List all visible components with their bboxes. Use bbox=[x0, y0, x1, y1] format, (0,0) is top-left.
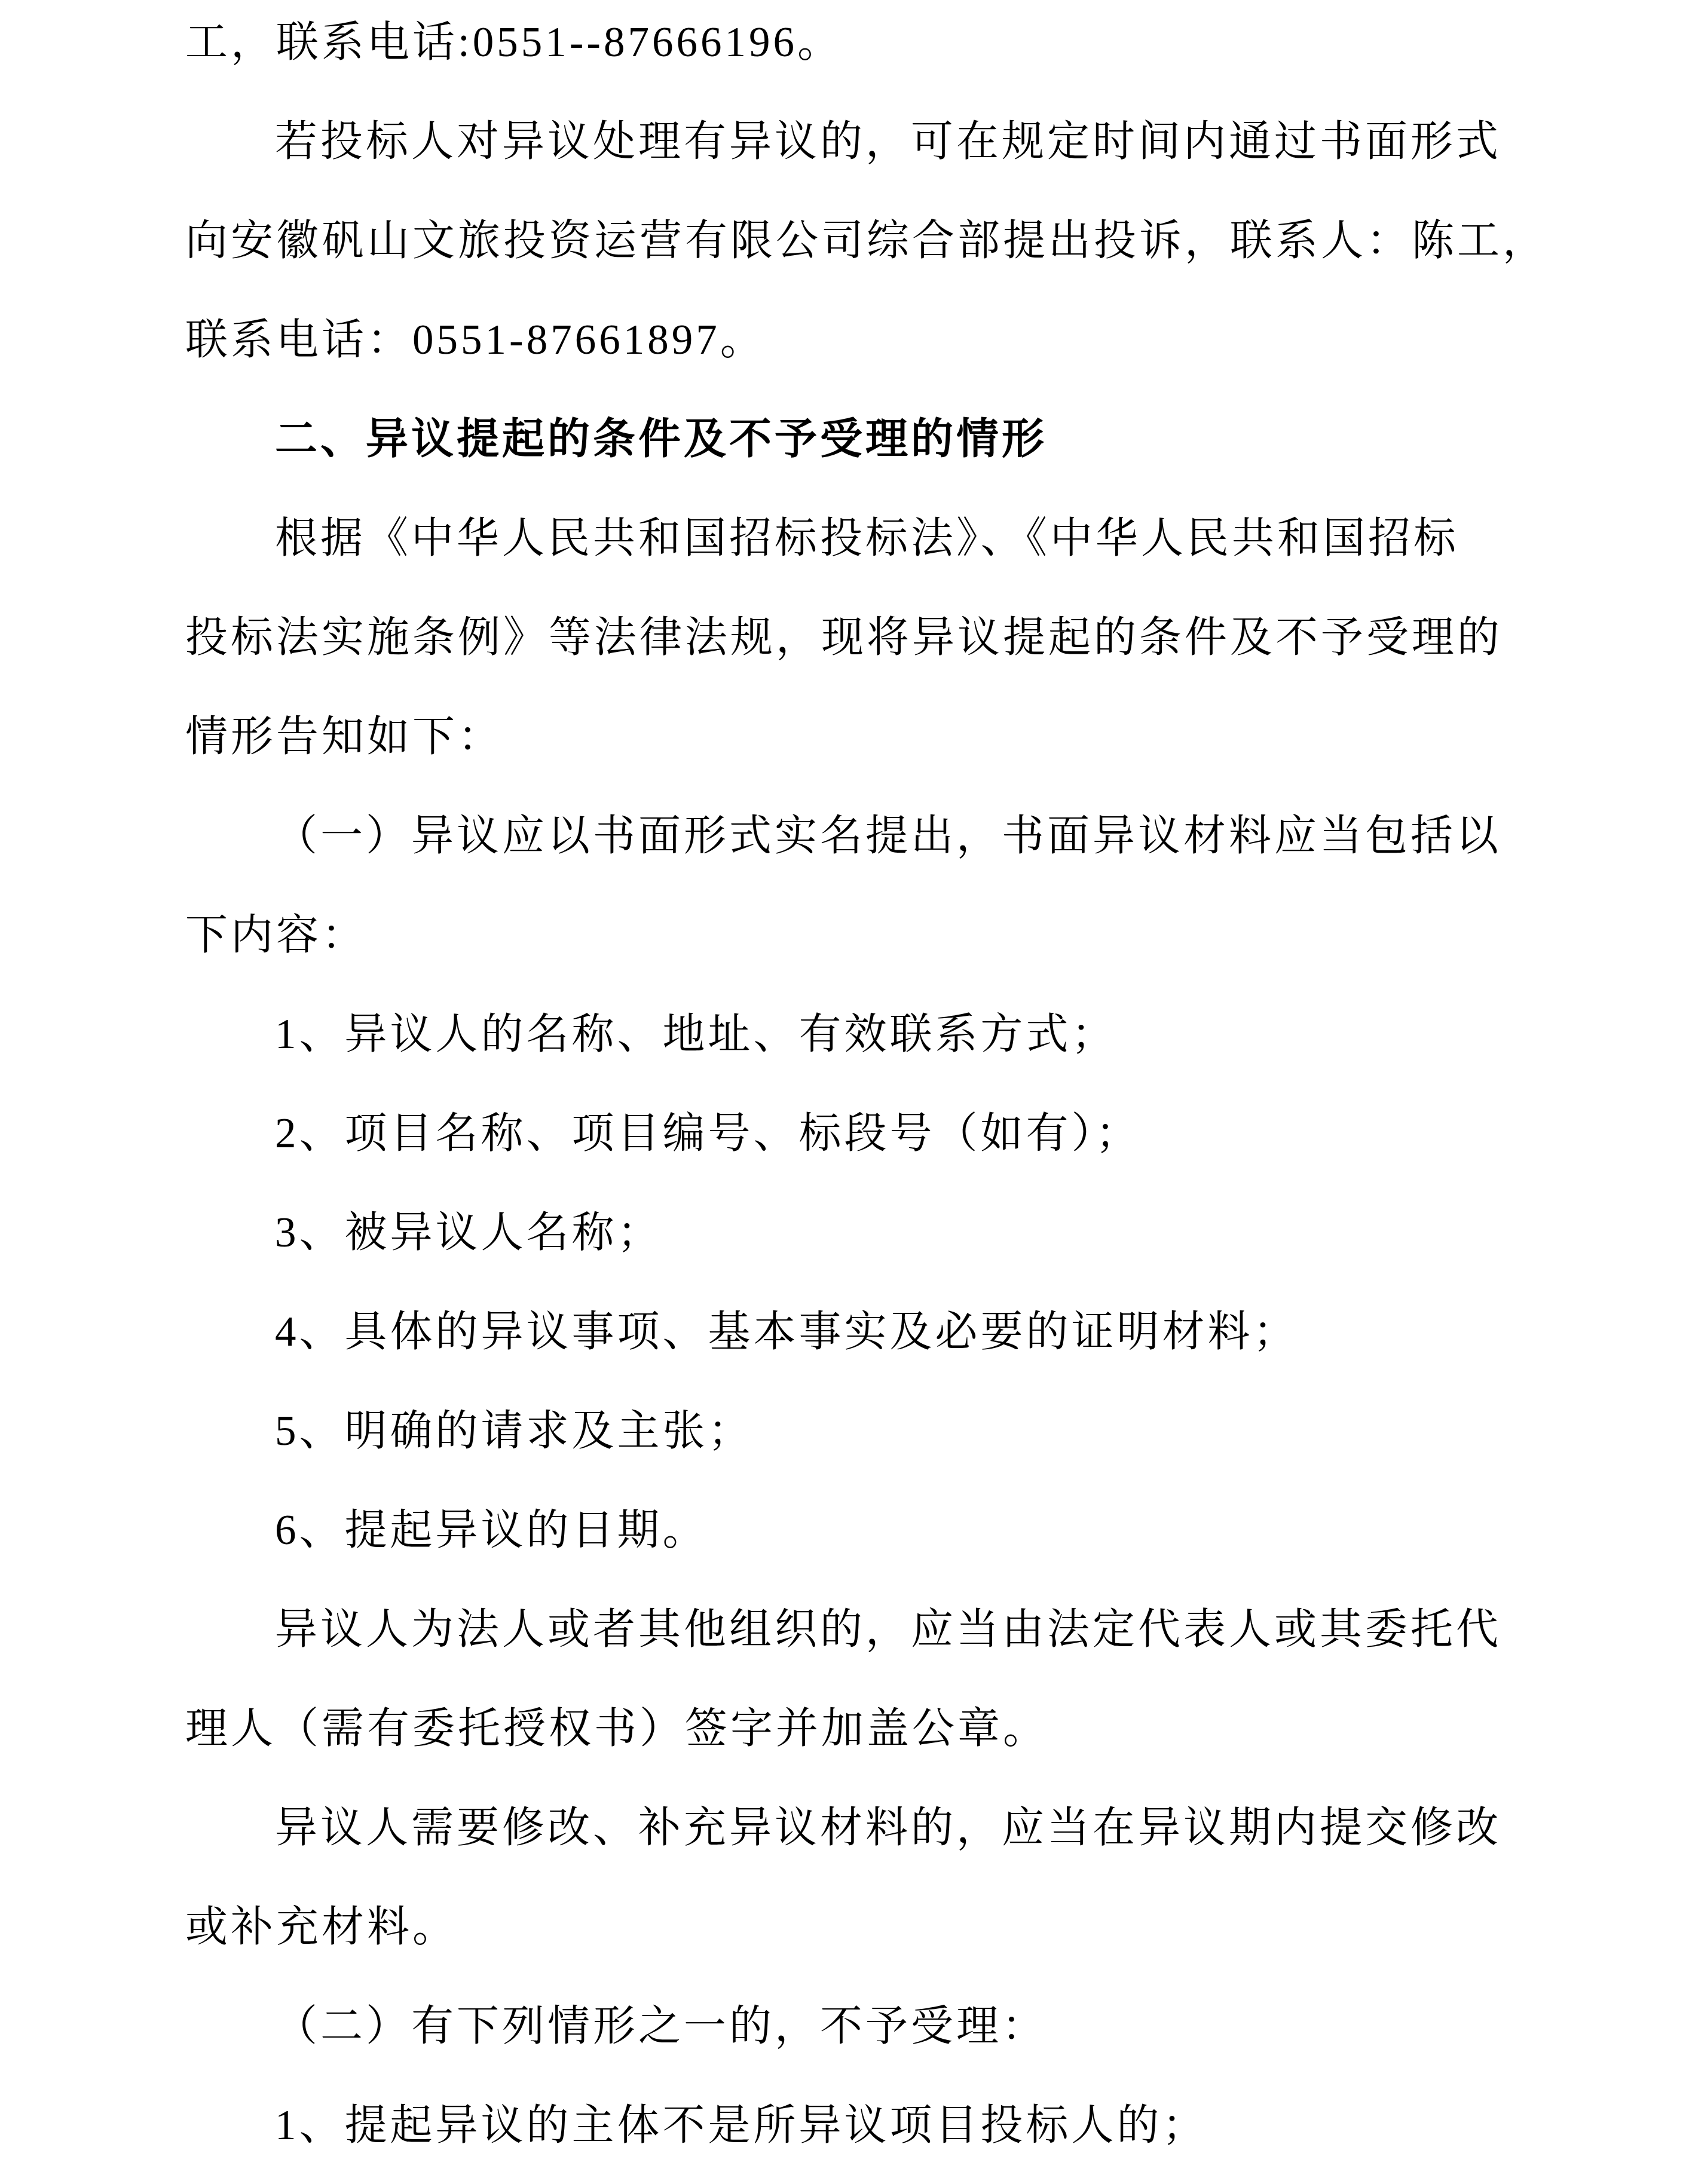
document-body: 工，联系电话:0551--87666196。若投标人对异议处理有异议的，可在规定… bbox=[185, 0, 1503, 2175]
text-line: 异议人为法人或者其他组织的，应当由法定代表人或其委托代 bbox=[185, 1580, 1503, 1679]
text-line: 4、具体的异议事项、基本事实及必要的证明材料； bbox=[185, 1282, 1503, 1382]
text-line: 下内容： bbox=[185, 886, 1503, 985]
text-line: 1、提起异议的主体不是所异议项目投标人的； bbox=[185, 2076, 1503, 2175]
text-line: 若投标人对异议处理有异议的，可在规定时间内通过书面形式 bbox=[185, 92, 1503, 191]
text-line: 情形告知如下： bbox=[185, 687, 1503, 786]
text-line: 异议人需要修改、补充异议材料的，应当在异议期内提交修改 bbox=[185, 1778, 1503, 1877]
document-page: 工，联系电话:0551--87666196。若投标人对异议处理有异议的，可在规定… bbox=[0, 0, 1689, 2184]
text-line: 3、被异议人名称； bbox=[185, 1183, 1503, 1282]
text-line: 向安徽矾山文旅投资运营有限公司综合部提出投诉，联系人：陈工， bbox=[185, 191, 1503, 290]
text-line: （一）异议应以书面形式实名提出，书面异议材料应当包括以 bbox=[185, 786, 1503, 886]
text-line: 工，联系电话:0551--87666196。 bbox=[185, 0, 1503, 92]
section-heading: 二、异议提起的条件及不予受理的情形 bbox=[185, 390, 1503, 489]
text-line: 联系电话：0551-87661897。 bbox=[185, 290, 1503, 390]
text-line: 根据《中华人民共和国招标投标法》、《中华人民共和国招标 bbox=[185, 489, 1503, 588]
text-line: 6、提起异议的日期。 bbox=[185, 1481, 1503, 1580]
text-line: 5、明确的请求及主张； bbox=[185, 1382, 1503, 1481]
text-line: 投标法实施条例》等法律法规，现将异议提起的条件及不予受理的 bbox=[185, 588, 1503, 687]
text-line: （二）有下列情形之一的，不予受理： bbox=[185, 1977, 1503, 2076]
text-line: 或补充材料。 bbox=[185, 1877, 1503, 1977]
text-line: 2、项目名称、项目编号、标段号（如有）； bbox=[185, 1084, 1503, 1183]
text-line: 1、异议人的名称、地址、有效联系方式； bbox=[185, 985, 1503, 1084]
text-line: 理人（需有委托授权书）签字并加盖公章。 bbox=[185, 1679, 1503, 1778]
